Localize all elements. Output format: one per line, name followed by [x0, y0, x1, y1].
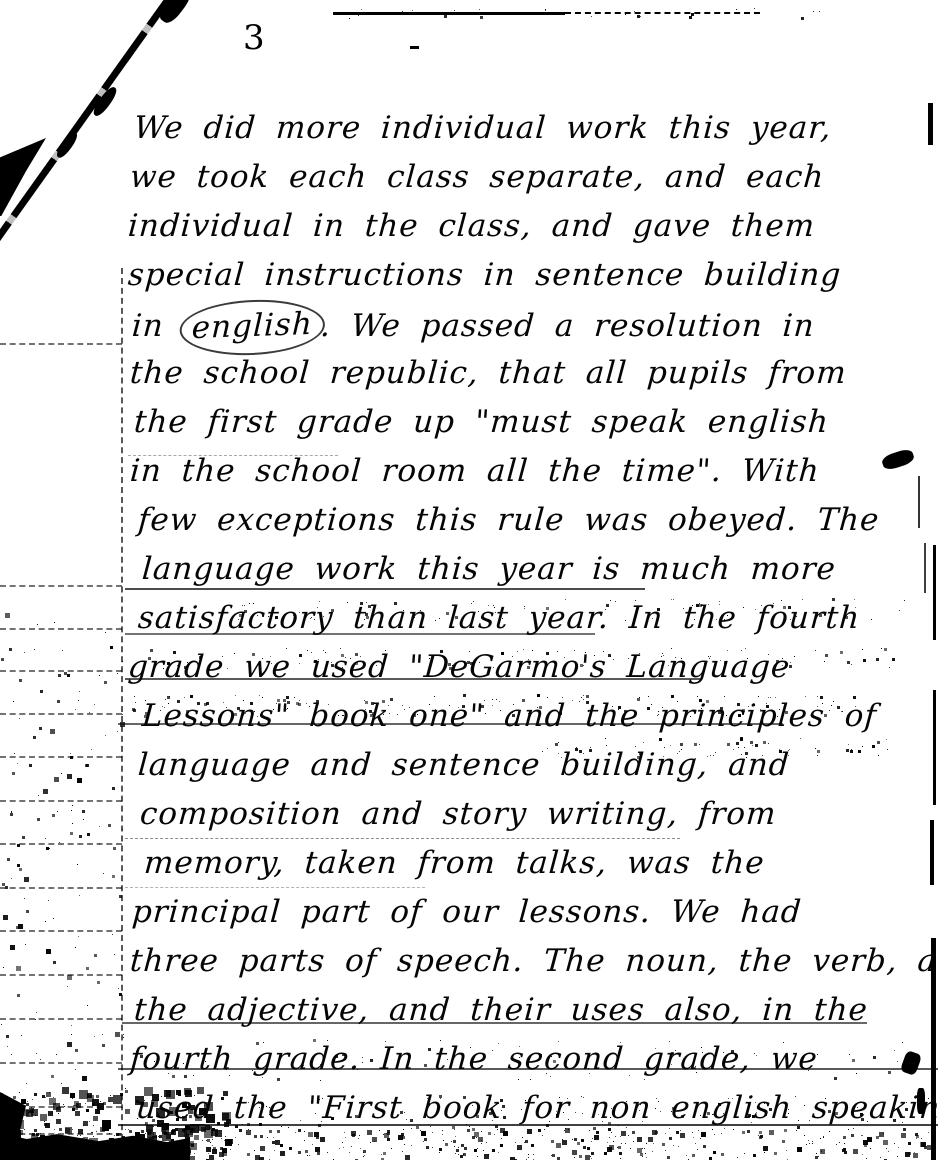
- handwritten-line: used the "First book for non english spe…: [0, 1084, 938, 1133]
- ruled-line-margin: [0, 1133, 122, 1135]
- handwritten-line: fourth grade. In the second grade, we: [0, 1035, 938, 1084]
- speckle-noise: [0, 0, 1, 1]
- speckle-noise: [0, 0, 1, 1]
- handwritten-line: in the school room all the time". With: [0, 447, 938, 496]
- handwritten-line: composition and story writing, from: [0, 790, 938, 839]
- handwritten-line: three parts of speech. The noun, the ver…: [0, 937, 938, 986]
- speckle-noise: [0, 0, 1, 1]
- handwritten-line: We did more individual work this year,: [0, 104, 938, 153]
- handwritten-line: language work this year is much more: [0, 545, 938, 594]
- handwritten-line: few exceptions this rule was obeyed. The: [0, 496, 938, 545]
- handwritten-line: language and sentence building, and: [0, 741, 938, 790]
- document-page: 3 We did more individual work this year,…: [0, 0, 938, 1160]
- speckle-noise: [0, 0, 1, 1]
- speckle-noise: [0, 0, 1, 1]
- scan-artifact-dash: [410, 46, 419, 49]
- handwritten-line: individual in the class, and gave them: [0, 202, 938, 251]
- handwritten-line: Lessons" book one" and the principles of: [0, 692, 938, 741]
- handwritten-line: principal part of our lessons. We had: [0, 888, 938, 937]
- handwritten-line: the school republic, that all pupils fro…: [0, 349, 938, 398]
- line-text: . We passed a resolution in: [319, 308, 816, 344]
- page-number: 3: [243, 18, 265, 58]
- handwritten-line: satisfactory than last year. In the four…: [0, 594, 938, 643]
- scan-artifact-bottom-mass: [0, 1133, 190, 1160]
- handwritten-text-block: We did more individual work this year,we…: [0, 104, 938, 1133]
- handwritten-line: in english. We passed a resolution in: [0, 300, 938, 349]
- handwritten-line: memory, taken from talks, was the: [0, 839, 938, 888]
- handwritten-line: special instructions in sentence buildin…: [0, 251, 938, 300]
- handwritten-line: grade we used "DeGarmo's Language: [0, 643, 938, 692]
- speckle-noise: [0, 0, 1, 1]
- scan-artifact-top-line-dashed: [565, 12, 760, 14]
- handwritten-line: we took each class separate, and each: [0, 153, 938, 202]
- scan-artifact-diagonal-blob: [156, 0, 194, 26]
- speckle-noise: [0, 0, 1, 1]
- handwritten-line: the adjective, and their uses also, in t…: [0, 986, 938, 1035]
- scan-artifact-top-line: [333, 12, 565, 15]
- speckle-noise: [0, 0, 1, 1]
- handwritten-line: the first grade up "must speak english: [0, 398, 938, 447]
- speckle-noise: [0, 0, 1, 1]
- speckle-noise: [0, 0, 1, 1]
- line-text: in: [131, 308, 185, 344]
